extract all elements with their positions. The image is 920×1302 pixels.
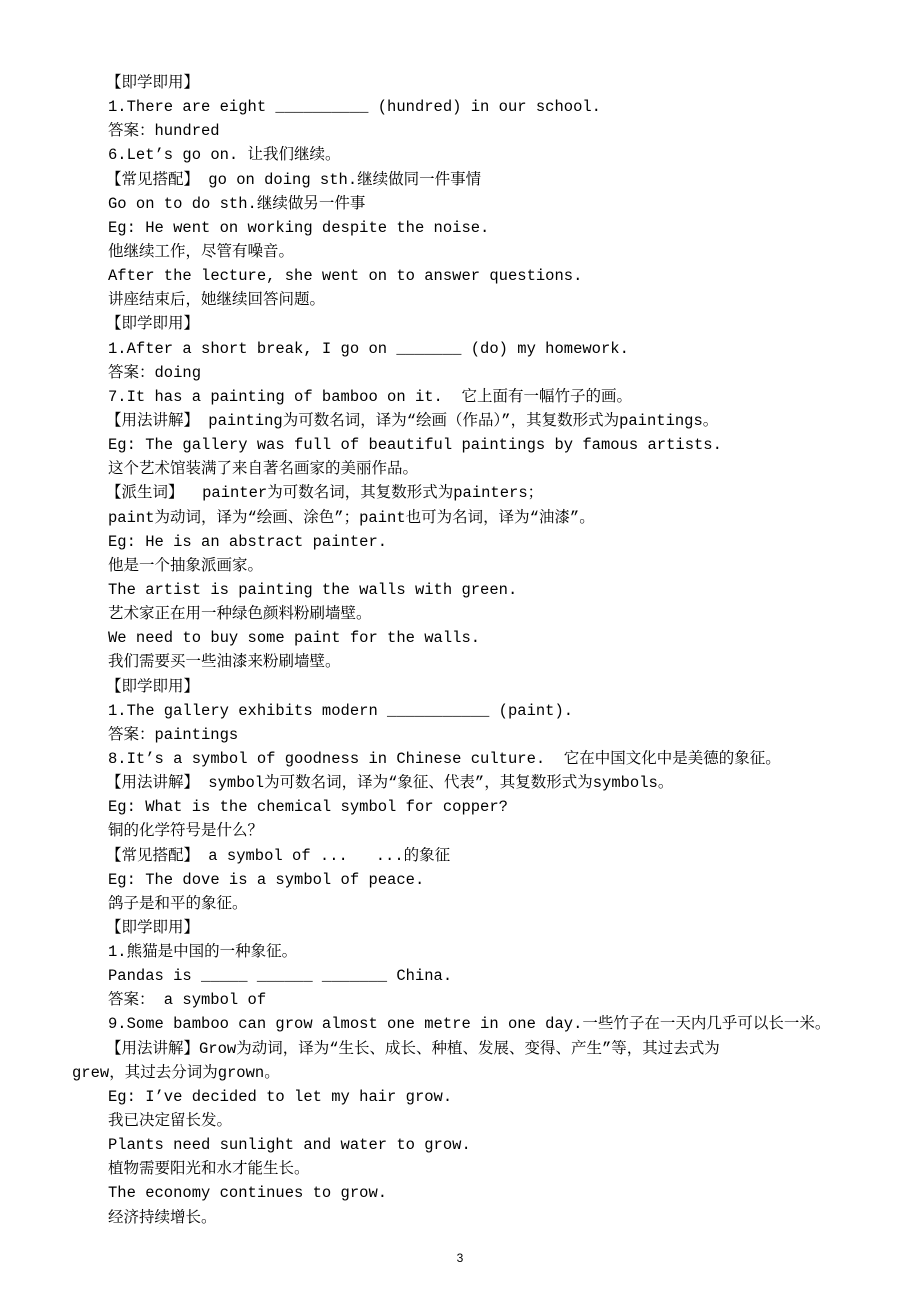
document-body: 【即学即用】 1.There are eight __________ (hun… xyxy=(72,71,872,1230)
example-en: Plants need sunlight and water to grow. xyxy=(72,1133,872,1157)
example-zh: 他是一个抽象派画家。 xyxy=(72,554,872,578)
collocation-line: Go on to do sth.继续做另一件事 xyxy=(72,192,872,216)
usage-line: 【用法讲解】Grow为动词，译为“生长、成长、种植、发展、变得、产生”等，其过去… xyxy=(72,1037,872,1061)
answer-line: 答案： a symbol of xyxy=(72,988,872,1012)
example-en: We need to buy some paint for the walls. xyxy=(72,626,872,650)
example-zh: 讲座结束后，她继续回答问题。 xyxy=(72,288,872,312)
vocab-item-8: 8.It’s a symbol of goodness in Chinese c… xyxy=(72,747,872,771)
vocab-item-6: 6.Let’s go on. 让我们继续。 xyxy=(72,143,872,167)
example-zh: 铜的化学符号是什么？ xyxy=(72,819,872,843)
example-zh: 这个艺术馆装满了来自著名画家的美丽作品。 xyxy=(72,457,872,481)
usage-line: 【用法讲解】 symbol为可数名词，译为“象征、代表”，其复数形式为symbo… xyxy=(72,771,872,795)
usage-line-continued: grew，其过去分词为grown。 xyxy=(72,1061,872,1085)
answer-line: 答案：doing xyxy=(72,361,872,385)
example-en: Eg: What is the chemical symbol for copp… xyxy=(72,795,872,819)
vocab-item-9: 9.Some bamboo can grow almost one metre … xyxy=(72,1012,872,1036)
example-en: The artist is painting the walls with gr… xyxy=(72,578,872,602)
exercise-line: 1.熊猫是中国的一种象征。 xyxy=(72,940,872,964)
derivative-line: 【派生词】 painter为可数名词，其复数形式为painters； xyxy=(72,481,872,505)
exercise-line: 1.The gallery exhibits modern __________… xyxy=(72,699,872,723)
exercise-line: 1.After a short break, I go on _______ (… xyxy=(72,337,872,361)
example-zh: 植物需要阳光和水才能生长。 xyxy=(72,1157,872,1181)
exercise-line: Pandas is _____ ______ _______ China. xyxy=(72,964,872,988)
example-zh: 我们需要买一些油漆来粉刷墙壁。 xyxy=(72,650,872,674)
section-header-practice: 【即学即用】 xyxy=(72,916,872,940)
example-zh: 艺术家正在用一种绿色颜料粉刷墙壁。 xyxy=(72,602,872,626)
example-en: After the lecture, she went on to answer… xyxy=(72,264,872,288)
example-zh: 鸽子是和平的象征。 xyxy=(72,892,872,916)
usage-line: 【用法讲解】 painting为可数名词，译为“绘画（作品）”，其复数形式为pa… xyxy=(72,409,872,433)
exercise-line: 1.There are eight __________ (hundred) i… xyxy=(72,95,872,119)
example-zh: 经济持续增长。 xyxy=(72,1206,872,1230)
section-header-practice: 【即学即用】 xyxy=(72,312,872,336)
collocation-line: 【常见搭配】 go on doing sth.继续做同一件事情 xyxy=(72,168,872,192)
section-header-practice: 【即学即用】 xyxy=(72,675,872,699)
example-en: Eg: He is an abstract painter. xyxy=(72,530,872,554)
answer-line: 答案：hundred xyxy=(72,119,872,143)
section-header-practice: 【即学即用】 xyxy=(72,71,872,95)
example-en: Eg: I’ve decided to let my hair grow. xyxy=(72,1085,872,1109)
answer-line: 答案：paintings xyxy=(72,723,872,747)
page-number: 3 xyxy=(0,1249,920,1267)
collocation-line: 【常见搭配】 a symbol of ... ...的象征 xyxy=(72,844,872,868)
example-zh: 他继续工作，尽管有噪音。 xyxy=(72,240,872,264)
example-zh: 我已决定留长发。 xyxy=(72,1109,872,1133)
example-en: Eg: The dove is a symbol of peace. xyxy=(72,868,872,892)
vocab-item-7: 7.It has a painting of bamboo on it. 它上面… xyxy=(72,385,872,409)
example-en: Eg: The gallery was full of beautiful pa… xyxy=(72,433,872,457)
example-en: Eg: He went on working despite the noise… xyxy=(72,216,872,240)
derivative-line: paint为动词，译为“绘画、涂色”；paint也可为名词，译为“油漆”。 xyxy=(72,506,872,530)
example-en: The economy continues to grow. xyxy=(72,1181,872,1205)
